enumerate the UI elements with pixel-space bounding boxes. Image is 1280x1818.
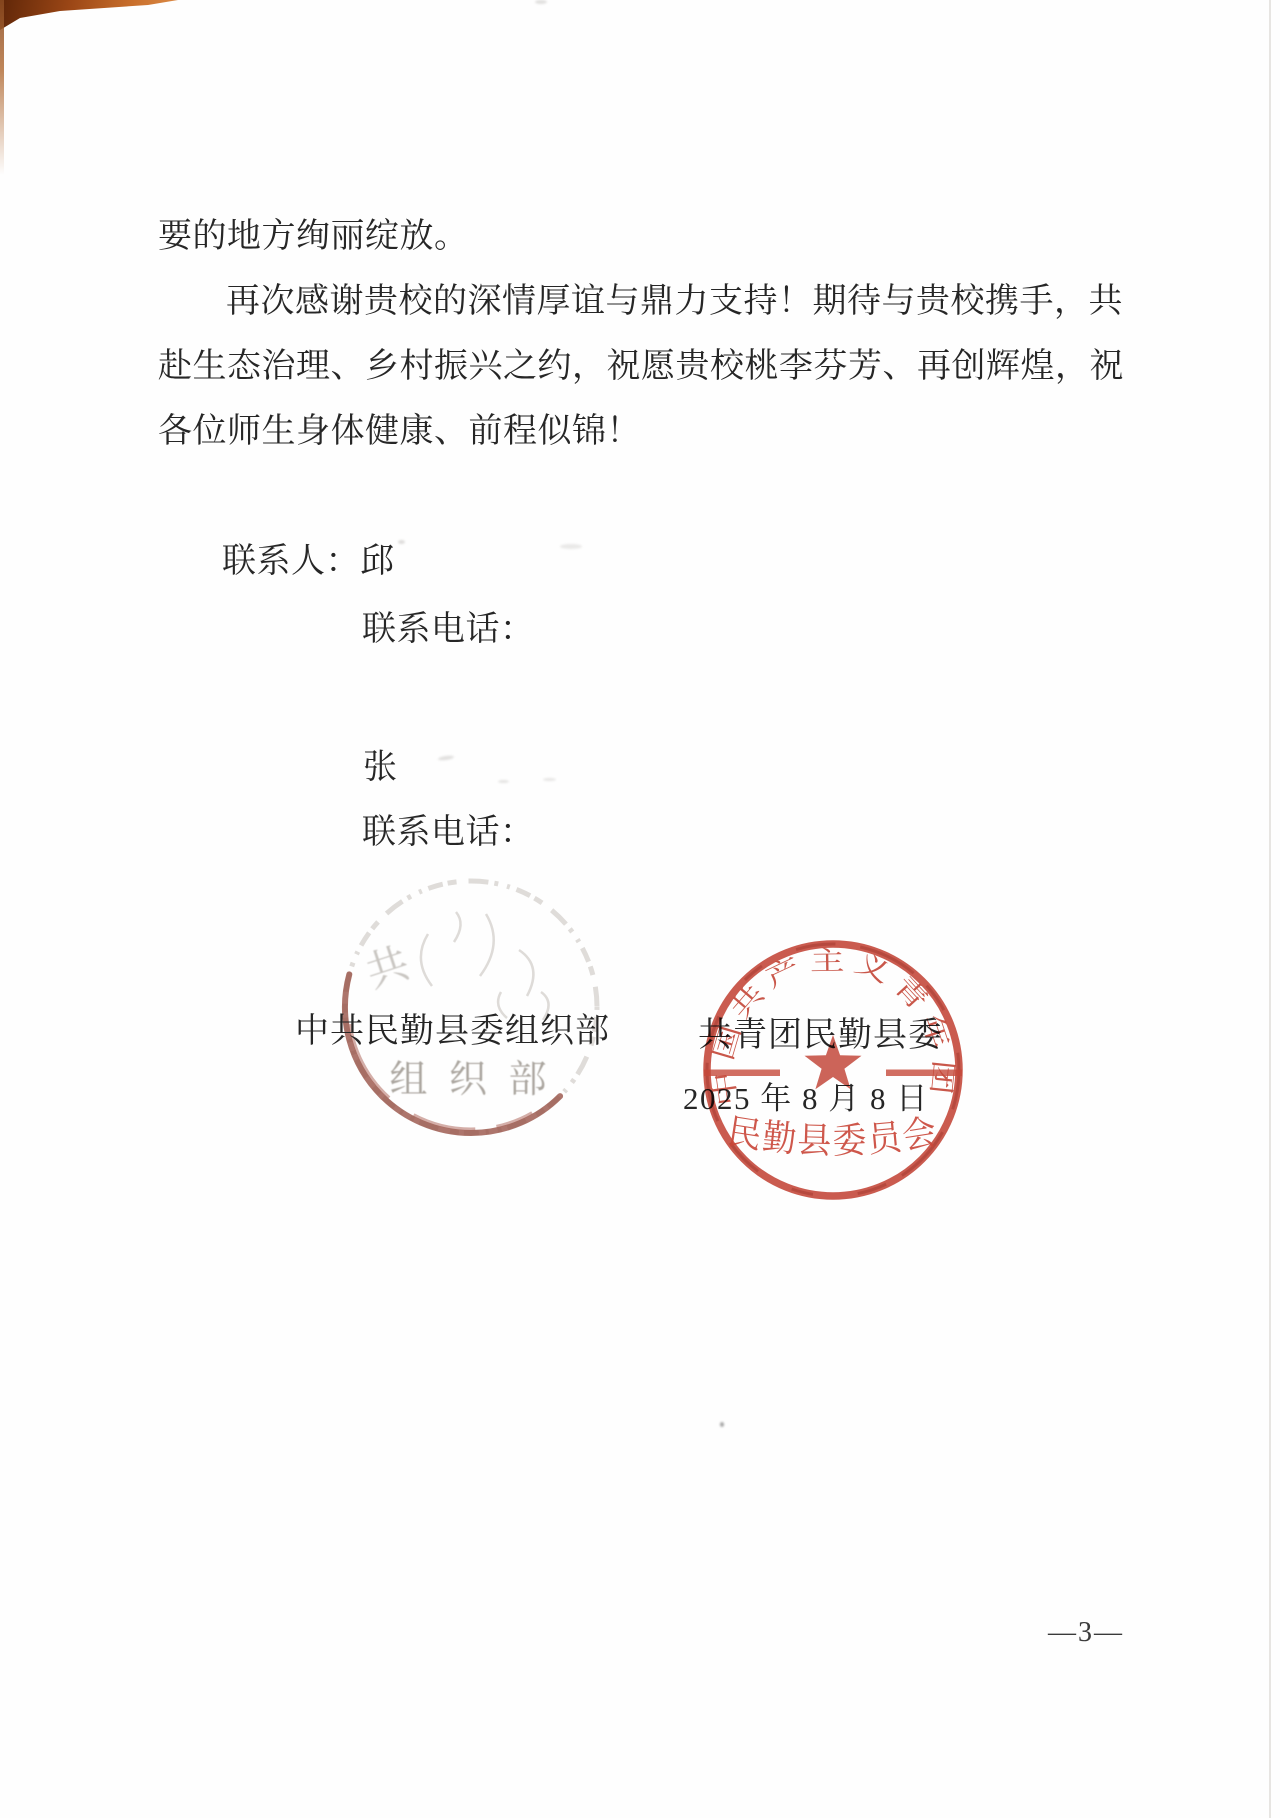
body-text-line-1: 要的地方绚丽绽放。 (158, 217, 469, 257)
red-stamp-bar-right (886, 1070, 962, 1077)
desk-edge-artifact (0, 0, 200, 32)
faded-stamp-ring-dark-arc (336, 872, 606, 1142)
faded-stamp-ring-texture (336, 872, 606, 1142)
left-edge-artifact (0, 0, 4, 175)
red-stamp-arc-text: 中国共产主义青年团 (707, 946, 958, 1108)
ink-speck (720, 1422, 724, 1427)
faded-stamp-faint-char: 共 (361, 941, 415, 998)
red-stamp-bottom-text: 民勤县委员会 (725, 1112, 941, 1162)
ink-smudge (543, 778, 556, 781)
contact-phone-primary: 联系电话： (362, 610, 535, 650)
ink-smudge (398, 540, 405, 544)
body-text-line-3: 赴生态治理、乡村振兴之约，祝愿贵校桃李芬芳、再创辉煌，祝 (158, 347, 1124, 387)
body-text-line-2: 再次感谢贵校的深情厚谊与鼎力支持！期待与贵校携手，共 (226, 282, 1123, 322)
stamp-youth-league-red: 中国共产主义青年团 民勤县委员会 (688, 925, 978, 1215)
ink-smudge (535, 0, 547, 4)
ink-smudge (438, 755, 454, 761)
star-icon (805, 1035, 862, 1089)
stamp-organization-faded: 共 组 织 部 (336, 872, 606, 1142)
faded-stamp-inner-text: 组 织 部 (389, 1059, 552, 1101)
contact-person-primary: 联系人：邱 (222, 542, 395, 582)
signature-left-org: 中共民勤县委组织部 (295, 1012, 610, 1052)
ink-smudge (498, 780, 509, 783)
body-text-line-4: 各位师生身体健康、前程似锦！ (158, 412, 641, 452)
red-stamp-bar-left (704, 1070, 780, 1077)
document-page: 要的地方绚丽绽放。 再次感谢贵校的深情厚谊与鼎力支持！期待与贵校携手，共 赴生态… (0, 0, 1280, 1818)
ink-smudge (560, 544, 582, 549)
contact-person-secondary: 张 (363, 748, 398, 788)
contact-phone-secondary: 联系电话： (362, 813, 535, 853)
faded-stamp-texture (421, 912, 549, 1020)
red-stamp-bottom-text-holder: 民勤县委员会 (725, 1112, 941, 1162)
page-number: —3— (1048, 1616, 1124, 1649)
red-stamp-arc-text-holder: 中国共产主义青年团 (707, 946, 958, 1108)
page-fold-line (1269, 0, 1271, 1818)
